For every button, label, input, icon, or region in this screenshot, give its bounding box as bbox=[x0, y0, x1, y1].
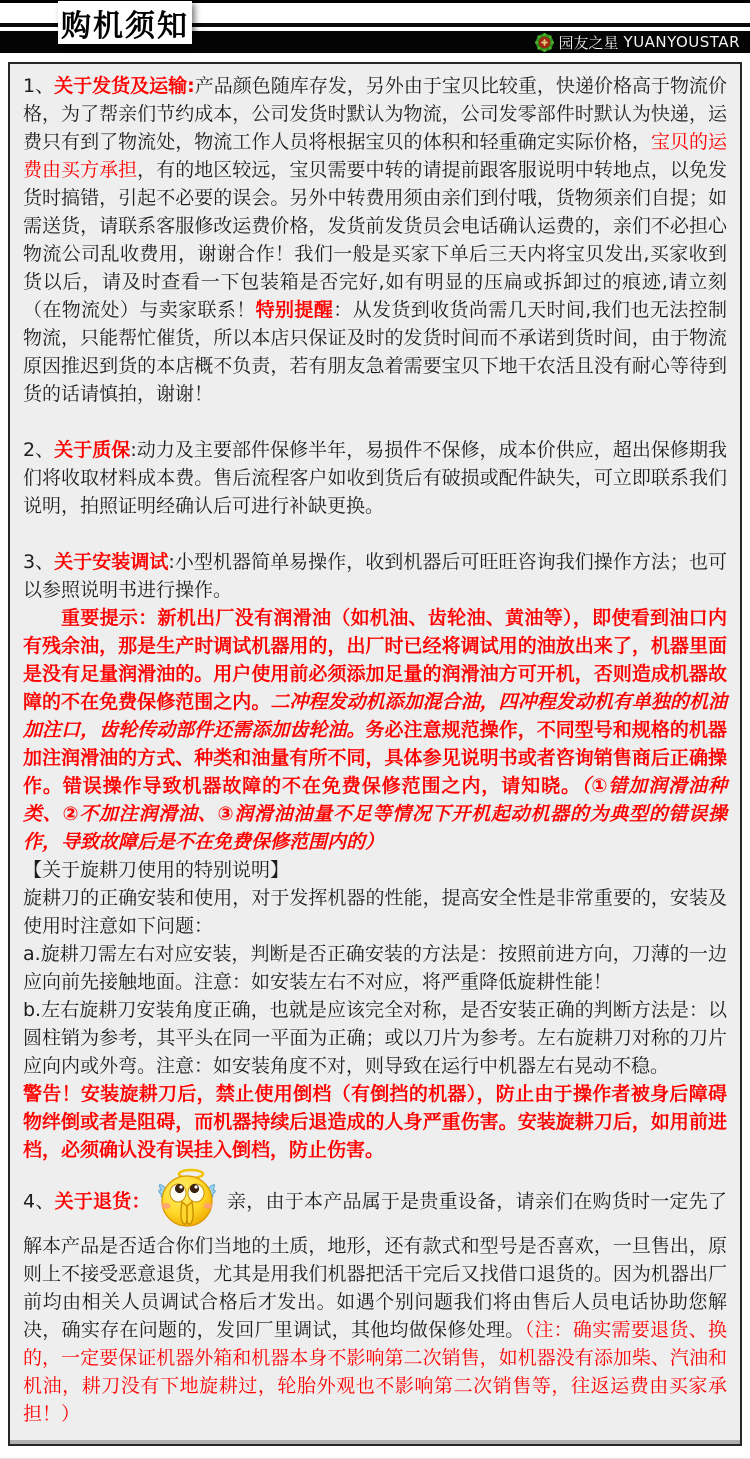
section-returns: 4、关于退货： 亲，由于本产品属于是贵重设备，请亲们在购货时一定先了解本产品 bbox=[23, 1172, 727, 1428]
text-run-body: b.左右旋耕刀安装角度正确，也就是应该完全对称，是否安装正确的判断方法是：以圆柱… bbox=[23, 999, 727, 1077]
text-run-body: 旋耕刀的正确安装和使用，对于发挥机器的性能，提高安全性是非常重要的，安装及使用时… bbox=[23, 887, 727, 937]
notice-panel: 1、关于发货及运输:产品颜色随库存发，另外由于宝贝比较重，快递价格高于物流价格，… bbox=[8, 62, 742, 1446]
page-header: 园友之星 YUANYOUSTAR 购机须知 bbox=[0, 0, 750, 55]
text-run-red-b: 警告！安装旋耕刀后，禁止使用倒档（有倒挡的机器），防止由于操作者被身后障碍物绊倒… bbox=[23, 1083, 727, 1161]
text-run-red-b: 特别提醒 bbox=[256, 299, 334, 321]
rotary-blade-point-b: b.左右旋耕刀安装角度正确，也就是应该完全对称，是否安装正确的判断方法是：以圆柱… bbox=[23, 996, 727, 1080]
section-warranty: 2、关于质保:动力及主要部件保修半年，易损件不保修，成本价供应，超出保修期我们将… bbox=[23, 436, 727, 520]
brand-badge-icon bbox=[535, 33, 554, 52]
rotary-blade-intro: 旋耕刀的正确安装和使用，对于发挥机器的性能，提高安全性是非常重要的，安装及使用时… bbox=[23, 884, 727, 940]
page-title: 购机须知 bbox=[58, 1, 192, 44]
brand-name-english: YUANYOUSTAR bbox=[624, 33, 740, 51]
important-lubricant-note: 重要提示：新机出厂没有润滑油（如机油、齿轮油、黄油等），即使看到油口内有残余油，… bbox=[23, 604, 727, 856]
section-install-debug: 3、关于安装调试:小型机器简单易操作，收到机器后可旺旺咨询我们操作方法；也可以参… bbox=[23, 548, 727, 604]
brand-name-chinese: 园友之星 bbox=[559, 32, 619, 53]
reverse-gear-warning: 警告！安装旋耕刀后，禁止使用倒档（有倒挡的机器），防止由于操作者被身后障碍物绊倒… bbox=[23, 1080, 727, 1164]
text-run-body: 1、 bbox=[23, 75, 54, 97]
text-run-red-b: 关于质保 bbox=[54, 439, 130, 461]
text-run-body: 【关于旋耕刀使用的特别说明】 bbox=[23, 859, 289, 881]
rotary-blade-heading: 【关于旋耕刀使用的特别说明】 bbox=[23, 856, 727, 884]
text-run-body: ，有的地区较远，宝贝需要中转的请提前跟客服说明中转地点，以免发货时搞错，引起不必… bbox=[23, 159, 727, 321]
rotary-blade-point-a: a.旋耕刀需左右对应安装，判断是否正确安装的方法是：按照前进方向，刀薄的一边应向… bbox=[23, 940, 727, 996]
text-run-red-b: 关于退货： bbox=[55, 1191, 151, 1213]
text-run-body: 4、 bbox=[23, 1191, 55, 1213]
section-shipping: 1、关于发货及运输:产品颜色随库存发，另外由于宝贝比较重，快递价格高于物流价格，… bbox=[23, 72, 727, 408]
text-run-body: a.旋耕刀需左右对应安装，判断是否正确安装的方法是：按照前进方向，刀薄的一边应向… bbox=[23, 943, 727, 993]
text-run-red-b: 关于发货及运输: bbox=[54, 75, 195, 97]
text-run-body: 2、 bbox=[23, 439, 54, 461]
text-run-red-b: 关于安装调试 bbox=[54, 551, 168, 573]
brand-logo: 园友之星 YUANYOUSTAR bbox=[535, 32, 740, 53]
text-run-body: 3、 bbox=[23, 551, 54, 573]
notice-body: 1、关于发货及运输:产品颜色随库存发，另外由于宝贝比较重，快递价格高于物流价格，… bbox=[23, 72, 727, 1428]
praying-angel-emoji bbox=[155, 1168, 219, 1228]
